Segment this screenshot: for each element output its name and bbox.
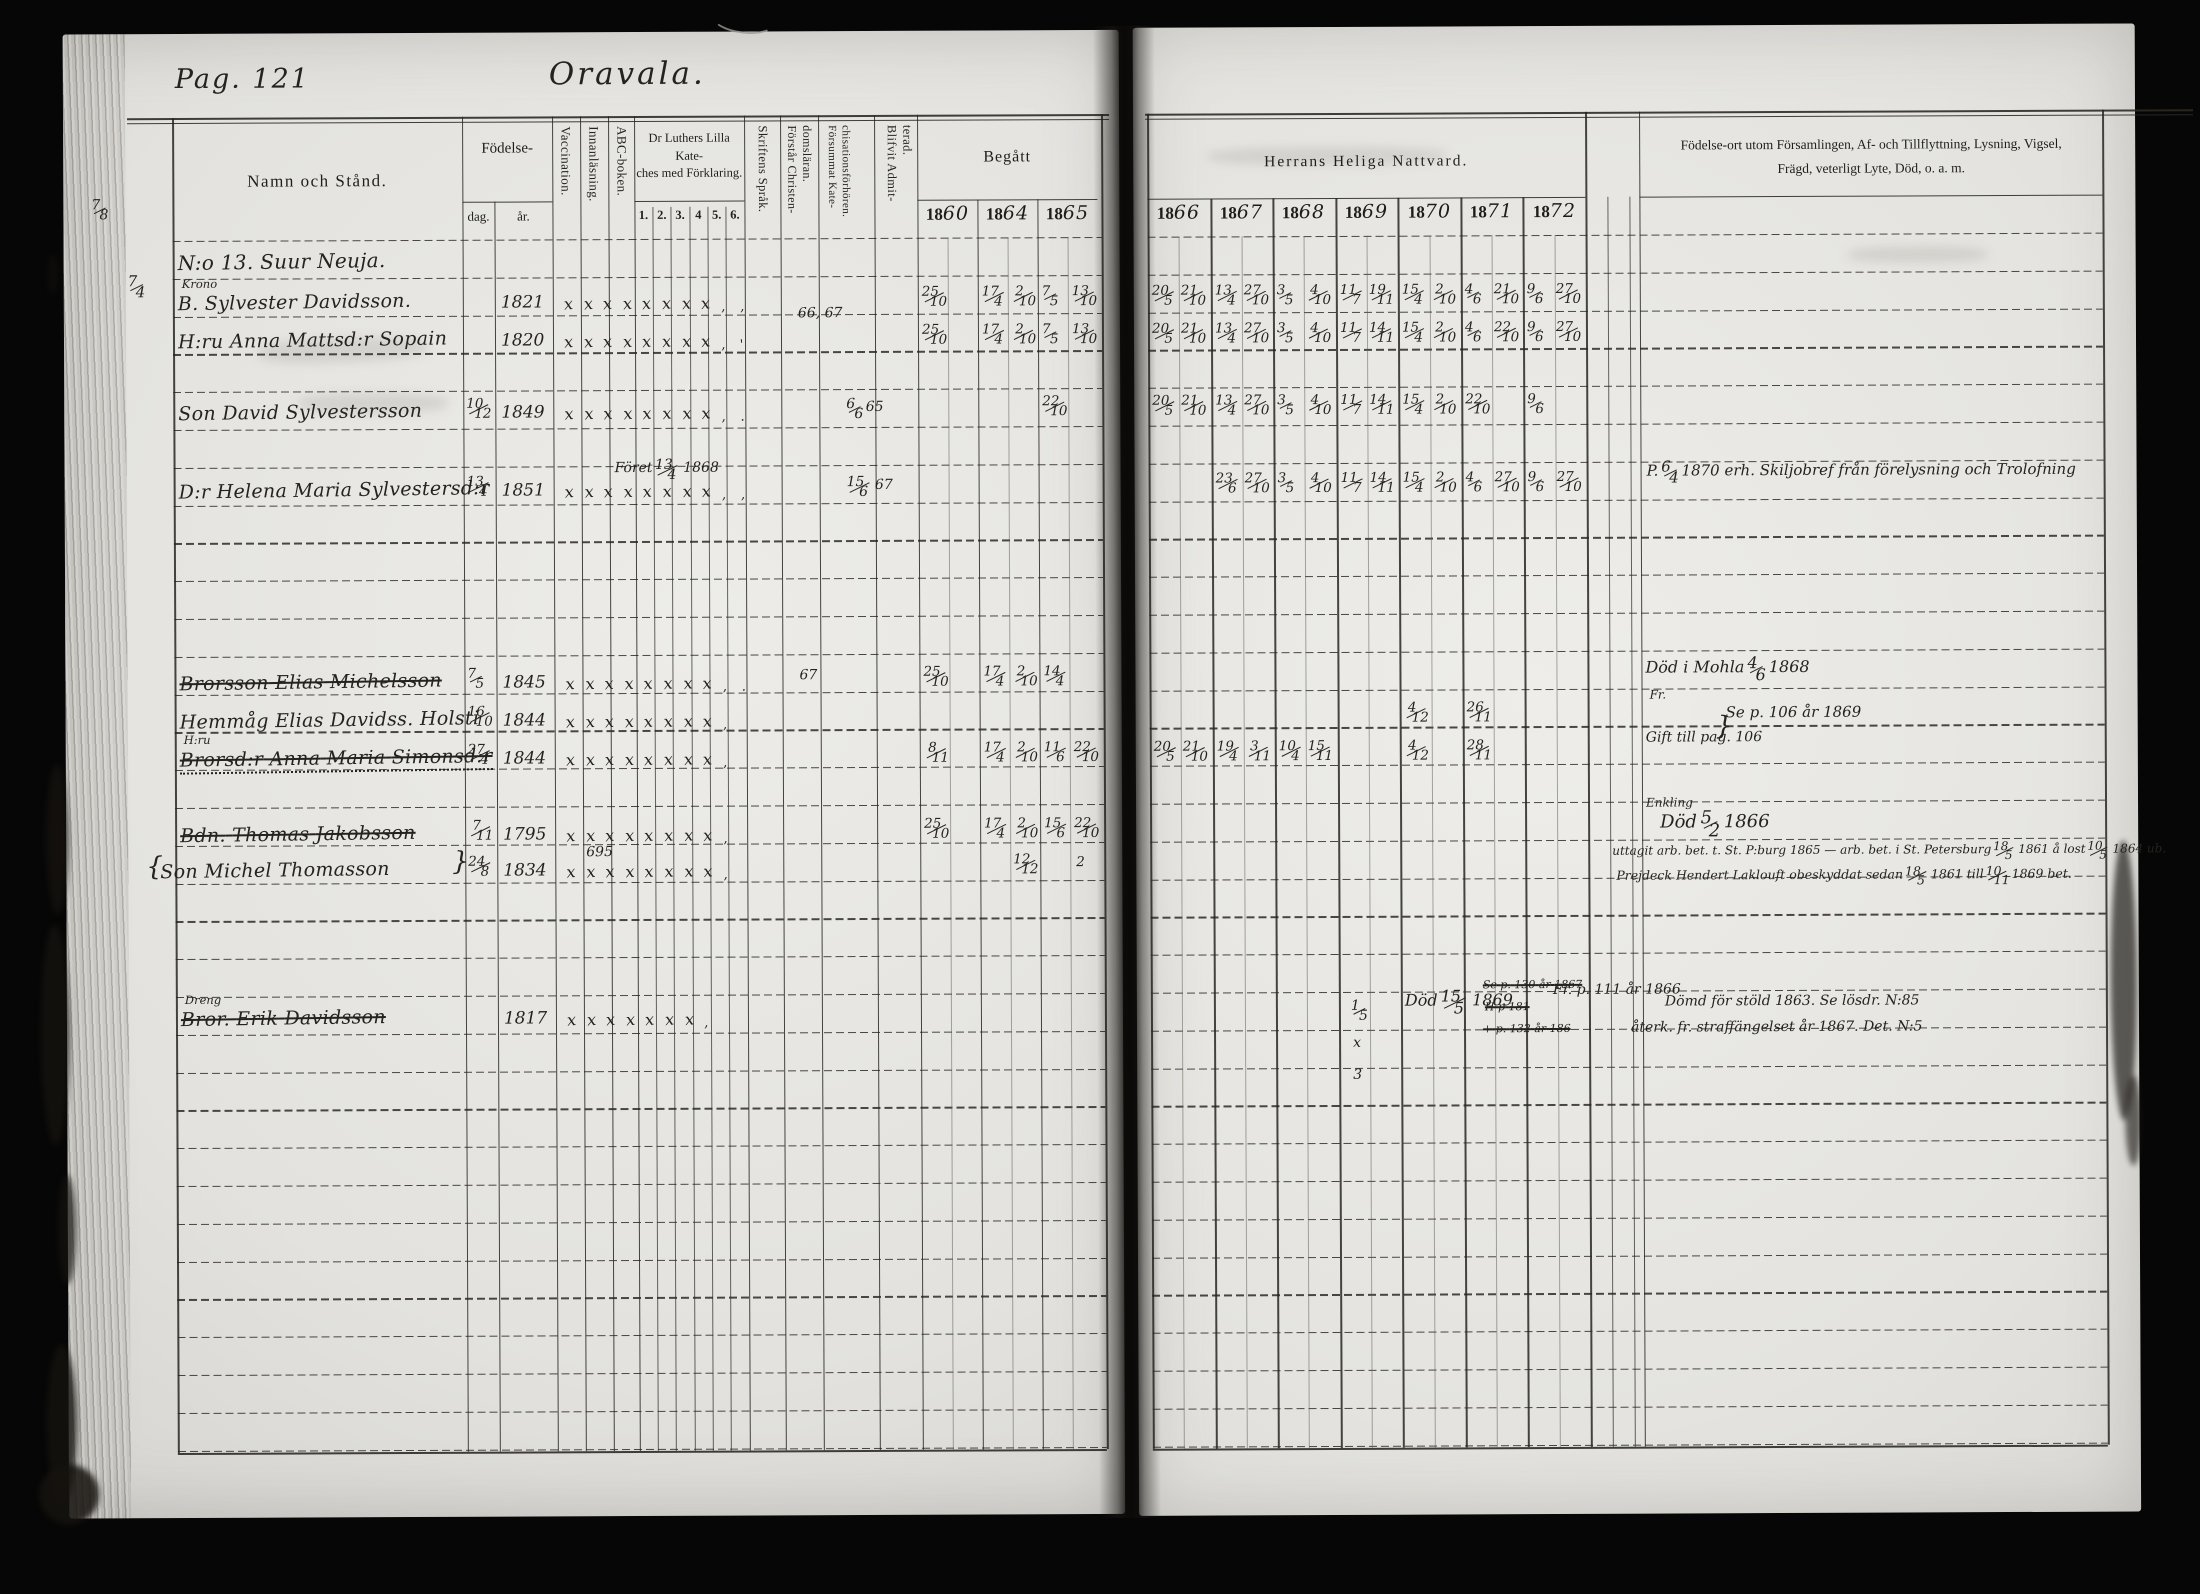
- year-script: 68: [1299, 201, 1325, 223]
- begatt-date: 2210: [1076, 818, 1097, 838]
- x-mark: x: [583, 332, 594, 352]
- page-stack-edge: [63, 34, 131, 1518]
- date-fraction: 248: [470, 857, 491, 877]
- communion-date: 96: [1529, 322, 1542, 342]
- date-fraction: 134: [657, 460, 679, 481]
- communion-date: 134: [1217, 285, 1238, 305]
- communion-date: 35: [1279, 323, 1292, 343]
- x-mark: x: [683, 825, 694, 845]
- year-printed: 18: [1408, 203, 1425, 222]
- x-mark: x: [661, 404, 672, 424]
- date-fraction: 74: [130, 276, 144, 298]
- date-fraction: 210: [1433, 322, 1454, 342]
- date-fraction: 46: [1467, 322, 1480, 342]
- communion-date: 205: [1154, 396, 1175, 416]
- year-script: 67: [1237, 201, 1263, 223]
- birth-year: 1834: [503, 860, 546, 880]
- date-fraction: 156: [849, 477, 871, 498]
- date-fraction: 2110: [1183, 286, 1204, 306]
- date-fraction: 1411: [1371, 323, 1392, 343]
- catechism-col-number: 5.: [712, 208, 721, 223]
- communion-date: 410: [1308, 285, 1329, 305]
- catechism-col-number: 6.: [730, 208, 739, 223]
- date-fraction: 210: [1433, 394, 1454, 414]
- x-mark: x: [682, 673, 693, 693]
- begatt-date: 174: [985, 666, 1006, 686]
- date-fraction: 174: [985, 666, 1006, 686]
- ink-stain: [2125, 1075, 2141, 1165]
- date-fraction: 46: [1468, 472, 1481, 492]
- header-name: Namn och Stånd.: [172, 171, 462, 192]
- remark-note: återk. fr. straffängelset år 1867. Det. …: [1631, 1018, 1923, 1035]
- date-fraction: 1310: [1074, 286, 1095, 306]
- birth-year: 1849: [501, 402, 544, 422]
- x-mark: x: [603, 404, 614, 424]
- year-script: 70: [1425, 200, 1451, 222]
- year-script: 66: [1174, 202, 1200, 224]
- remark-note: Fr.: [1650, 688, 1667, 702]
- date-fraction: 1411: [1372, 473, 1393, 493]
- begatt-date: 116: [1046, 742, 1067, 762]
- date-fraction: 1212: [1015, 854, 1036, 874]
- begatt-date: 2210: [1076, 742, 1097, 762]
- x-mark: x: [584, 712, 595, 732]
- x-mark: x: [603, 482, 614, 502]
- person-name: Brorsson Elias Michelsson: [179, 669, 442, 695]
- ink-stain: [41, 925, 70, 1145]
- communion-date: 154: [1405, 473, 1426, 493]
- person-name: Son Michel Thomasson: [160, 858, 390, 883]
- header-birth-day: dag.: [462, 209, 494, 225]
- communion-date: 412: [1406, 741, 1427, 761]
- communion-date: 2710: [1558, 284, 1579, 304]
- date-fraction: 205: [1154, 286, 1175, 306]
- date-fraction: 2611: [1469, 702, 1490, 722]
- communion-date: 1411: [1372, 473, 1393, 493]
- header-communion: Herrans Heliga Nattvard.: [1147, 152, 1585, 172]
- date-fraction: 2710: [1247, 473, 1268, 493]
- x-mark: x: [663, 674, 674, 694]
- person-name: H:ru Anna Mattsd:r Sopain: [178, 327, 447, 353]
- communion-date: 104: [1281, 741, 1302, 761]
- communion-date: 134: [1217, 323, 1238, 343]
- year-script: 71: [1487, 200, 1513, 222]
- date-fraction: 174: [986, 818, 1007, 838]
- table-entries: 1.2.3.45.6.18601864186518661867186818691…: [0, 0, 2197, 5]
- bleedthrough-smudge: [1848, 246, 1988, 263]
- x-mark: x: [563, 332, 574, 352]
- communion-date: 134: [1217, 395, 1238, 415]
- x-mark: x: [683, 749, 694, 769]
- communion-date: 410: [1308, 395, 1329, 415]
- begatt-date: 2510: [924, 287, 945, 307]
- x-mark: x: [701, 403, 712, 423]
- x-mark: x: [663, 712, 674, 732]
- date-fraction: 2110: [1183, 396, 1204, 416]
- x-mark: x: [701, 481, 712, 501]
- x-mark: x: [604, 750, 615, 770]
- date-fraction: 210: [1014, 666, 1035, 686]
- date-fraction: 1011: [1988, 866, 2008, 885]
- x-mark: x: [622, 294, 633, 314]
- begatt-date: 174: [986, 818, 1007, 838]
- header-remarks: Födelse-ort utom Församlingen, Af- och T…: [1645, 132, 2097, 181]
- communion-date: 2710: [1558, 322, 1579, 342]
- communion-date: 2710: [1246, 395, 1267, 415]
- communion-year: 1866: [1157, 202, 1200, 224]
- date-fraction: 711: [470, 821, 491, 841]
- annotation: }: [452, 847, 469, 877]
- communion-date: 2710: [1559, 472, 1580, 492]
- birth-day: 274: [470, 745, 491, 765]
- header-abc-book: ABC-boken.: [613, 126, 630, 238]
- date-fraction: 96: [1529, 284, 1542, 304]
- communion-date: 46: [1468, 472, 1481, 492]
- begatt-date: 1212: [1015, 854, 1036, 874]
- date-fraction: 2710: [1246, 323, 1267, 343]
- margin-note: 3: [1353, 1067, 1362, 1083]
- date-fraction: 117: [1342, 395, 1363, 415]
- date-fraction: 35: [1280, 473, 1293, 493]
- begatt-date: 210: [1015, 818, 1036, 838]
- date-fraction: 154: [1405, 473, 1426, 493]
- date-fraction: 78: [93, 200, 106, 221]
- margin-note: Föret 134 1868: [615, 460, 719, 481]
- begatt-year: 1860: [926, 203, 969, 225]
- x-mark: x: [566, 1010, 577, 1030]
- x-mark: x: [565, 862, 576, 882]
- remark-note: H p 181: [1485, 1000, 1530, 1013]
- birth-day: 248: [470, 857, 491, 877]
- date-fraction: 185: [1995, 842, 2014, 860]
- header-admitted: Blifvit Admit- terad.: [883, 125, 915, 237]
- person-name: Bror. Erik Davidsson: [181, 1006, 386, 1031]
- date-fraction: 1511: [1310, 741, 1331, 761]
- communion-date: 210: [1433, 394, 1454, 414]
- communion-date: 1511: [1310, 741, 1331, 761]
- birth-year: 1821: [501, 292, 544, 312]
- village-title: Oravala.: [549, 56, 706, 93]
- year-printed: 18: [1220, 203, 1237, 222]
- remark-note: Fr. p. 111 år 1866: [1553, 981, 1681, 998]
- x-mark: x: [565, 826, 576, 846]
- person-title-note: Krono: [182, 277, 217, 291]
- communion-date: 410: [1308, 323, 1329, 343]
- date-fraction: 410: [1308, 395, 1329, 415]
- date-fraction: 75: [469, 669, 482, 689]
- date-fraction: 174: [986, 742, 1007, 762]
- date-fraction: 15: [1353, 1001, 1366, 1022]
- begatt-date: 1310: [1074, 286, 1095, 306]
- x-mark: x: [602, 332, 613, 352]
- communion-date: 236: [1218, 473, 1239, 493]
- year-printed: 18: [926, 205, 943, 224]
- person-name: Brorsd:r Anna Maria Simonsd:r: [180, 745, 493, 775]
- communion-date: 1411: [1371, 323, 1392, 343]
- x-mark: x: [563, 294, 574, 314]
- ink-stain: [39, 1464, 99, 1524]
- date-fraction: 2210: [1496, 322, 1517, 342]
- begatt-date: 2510: [925, 667, 946, 687]
- book-spread: Pag. 121 Oravala. Namn och Stånd. Födels…: [0, 0, 2200, 1594]
- begatt-date: 210: [1013, 286, 1034, 306]
- date-fraction: 104: [1281, 741, 1302, 761]
- date-fraction: 210: [1015, 742, 1036, 762]
- begatt-date: 210: [1015, 742, 1036, 762]
- date-fraction: 1911: [1371, 285, 1392, 305]
- date-fraction: 96: [1529, 322, 1542, 342]
- communion-date: 2110: [1183, 324, 1204, 344]
- margin-note: 66, 67: [798, 305, 843, 321]
- x-mark: x: [605, 1010, 616, 1030]
- church-book-scan: Pag. 121 Oravala. Namn och Stånd. Födels…: [0, 0, 2200, 1594]
- date-fraction: 155: [1443, 990, 1467, 1014]
- person-name: D:r Helena Maria Sylvestersd:r: [179, 477, 490, 504]
- date-fraction: 156: [1046, 818, 1067, 838]
- x-mark: x: [583, 294, 594, 314]
- communion-year: 1867: [1220, 201, 1263, 223]
- x-mark: x: [681, 331, 692, 351]
- person-title-note: Dreng: [185, 993, 221, 1007]
- communion-date: 46: [1467, 322, 1480, 342]
- communion-date: 117: [1342, 395, 1363, 415]
- x-mark: x: [661, 332, 672, 352]
- x-mark: x: [622, 332, 633, 352]
- x-mark: x: [583, 482, 594, 502]
- date-fraction: 96: [1529, 394, 1542, 414]
- x-mark: x: [624, 826, 635, 846]
- header-begatt: Begått: [917, 148, 1097, 167]
- x-mark: x: [683, 861, 694, 881]
- date-fraction: 35: [1279, 285, 1292, 305]
- x-mark: x: [604, 674, 615, 694]
- x-mark: x: [623, 674, 634, 694]
- x-mark: x: [682, 711, 693, 731]
- date-fraction: 66: [848, 399, 861, 420]
- date-fraction: 2110: [1185, 742, 1206, 762]
- date-fraction: 174: [984, 324, 1005, 344]
- header-understands-doctrine: Förstår Christen- domsläran.: [784, 125, 818, 237]
- header-reading: Innanläsning.: [585, 126, 602, 238]
- date-fraction: 2710: [1497, 472, 1518, 492]
- communion-date: 2710: [1246, 323, 1267, 343]
- remark-note: Död 52 1866: [1660, 811, 1770, 838]
- year-script: 64: [1003, 202, 1029, 224]
- date-fraction: 194: [1219, 741, 1240, 761]
- date-fraction: 1411: [1371, 395, 1392, 415]
- date-fraction: 236: [1218, 473, 1239, 493]
- x-mark: x: [585, 826, 596, 846]
- date-fraction: 811: [926, 743, 947, 763]
- person-title-note: H:ru: [184, 733, 211, 747]
- date-fraction: 105: [2089, 842, 2108, 860]
- date-fraction: 210: [1434, 472, 1455, 492]
- x-mark: x: [663, 826, 674, 846]
- page-number: Pag. 121: [175, 63, 310, 95]
- x-mark: x: [622, 404, 633, 424]
- communion-date: 35: [1279, 285, 1292, 305]
- x-mark: x: [584, 674, 595, 694]
- date-fraction: 205: [1154, 396, 1175, 416]
- begatt-date: 2: [1076, 854, 1085, 870]
- date-fraction: 52: [1703, 811, 1719, 838]
- begatt-date: 174: [986, 742, 1007, 762]
- date-fraction: 2110: [1183, 324, 1204, 344]
- date-fraction: 410: [1309, 473, 1330, 493]
- x-mark: x: [564, 482, 575, 502]
- communion-date: 117: [1342, 285, 1363, 305]
- communion-year: 1869: [1345, 201, 1388, 223]
- x-mark: x: [703, 825, 714, 845]
- date-fraction: 2210: [1076, 818, 1097, 838]
- year-printed: 18: [1533, 202, 1550, 221]
- date-fraction: 210: [1013, 324, 1034, 344]
- x-mark: x: [624, 862, 635, 882]
- x-mark: x: [623, 482, 634, 502]
- x-mark: x: [702, 711, 713, 731]
- begatt-date: 144: [1045, 666, 1066, 686]
- x-mark: x: [681, 293, 692, 313]
- date-fraction: 311: [1248, 741, 1269, 761]
- communion-date: 117: [1342, 323, 1363, 343]
- date-fraction: 117: [1342, 323, 1363, 343]
- x-mark: x: [565, 674, 576, 694]
- communion-date: 2710: [1247, 473, 1268, 493]
- x-mark: x: [586, 1010, 597, 1030]
- communion-date: 210: [1433, 284, 1454, 304]
- communion-date: 2210: [1496, 322, 1517, 342]
- margin-note: 67: [799, 667, 817, 683]
- date-fraction: 2210: [1076, 742, 1097, 762]
- x-mark: x: [565, 750, 576, 770]
- begatt-year: 1864: [986, 202, 1029, 224]
- date-fraction: 117: [1342, 285, 1363, 305]
- remark-note: }: [1716, 711, 1733, 741]
- header-missed-catechism: Försummat Kate- chisationsförhören.: [824, 125, 872, 237]
- communion-date: 117: [1343, 473, 1364, 493]
- birth-year: 1844: [503, 710, 546, 730]
- x-mark: x: [585, 862, 596, 882]
- x-mark: x: [681, 403, 692, 423]
- communion-date: 210: [1433, 322, 1454, 342]
- communion-year: 1870: [1408, 200, 1451, 222]
- remark-note: Prejdeck Hendert Laklouft obeskyddat sed…: [1616, 866, 2072, 886]
- x-mark: x: [663, 862, 674, 882]
- margin-note: 156 67: [849, 477, 893, 498]
- date-fraction: 2710: [1558, 284, 1579, 304]
- x-mark: x: [563, 404, 574, 424]
- communion-date: 205: [1154, 324, 1175, 344]
- date-fraction: 274: [470, 745, 491, 765]
- annotation: 74: [130, 276, 144, 298]
- date-fraction: 2510: [924, 287, 945, 307]
- birth-year: 1820: [501, 330, 544, 350]
- year-printed: 18: [1282, 203, 1299, 222]
- date-fraction: 205: [1154, 324, 1175, 344]
- person-name: Bdn. Thomas Jakobsson: [180, 822, 416, 847]
- date-fraction: 144: [1045, 666, 1066, 686]
- date-fraction: 35: [1279, 323, 1292, 343]
- header-vaccination: Vaccination.: [557, 126, 574, 238]
- catechism-col-number: 2.: [657, 208, 666, 223]
- birth-day: 1610: [470, 707, 491, 727]
- x-mark: x: [681, 481, 692, 501]
- begatt-date: 1310: [1074, 324, 1095, 344]
- remark-note: uttagit arb. bet. t. St. P:burg 1865 — a…: [1612, 841, 2166, 861]
- date-fraction: 134: [1217, 285, 1238, 305]
- date-fraction: 2811: [1469, 740, 1490, 760]
- birth-year: 1817: [504, 1008, 547, 1028]
- begatt-date: 75: [1044, 286, 1057, 306]
- communion-year: 1871: [1470, 200, 1513, 222]
- date-fraction: 412: [1406, 703, 1427, 723]
- x-mark: x: [604, 712, 615, 732]
- communion-date: 2811: [1469, 740, 1490, 760]
- date-fraction: 2210: [1044, 396, 1065, 416]
- year-printed: 18: [1470, 202, 1487, 221]
- communion-date: 2710: [1246, 285, 1267, 305]
- remark-note: Gift till pag. 106: [1646, 729, 1762, 746]
- ink-stain: [48, 255, 58, 295]
- margin-note: x: [1353, 1035, 1361, 1051]
- x-mark: x: [702, 749, 713, 769]
- year-script: 65: [1063, 202, 1089, 224]
- catechism-col-number: 1.: [639, 208, 648, 223]
- x-mark: x: [624, 712, 635, 732]
- remark-note: + p. 132 år 186: [1483, 1022, 1571, 1035]
- communion-date: 205: [1156, 742, 1177, 762]
- header-birth-year: år.: [494, 208, 552, 224]
- remark-note: Enkling: [1646, 795, 1693, 809]
- begatt-date: 174: [984, 286, 1005, 306]
- year-printed: 18: [1157, 204, 1174, 223]
- date-fraction: 1012: [468, 399, 489, 419]
- birth-day: 1012: [468, 399, 489, 419]
- communion-year: 1868: [1282, 201, 1325, 223]
- birth-year: 1795: [503, 824, 546, 844]
- begatt-year: 1865: [1046, 202, 1089, 224]
- person-name: N:o 13. Suur Neuja.: [177, 248, 385, 275]
- remark-note: Död i Mohla 46 1868: [1645, 657, 1809, 681]
- date-fraction: 2210: [1467, 394, 1488, 414]
- communion-date: 154: [1404, 285, 1425, 305]
- communion-date: 412: [1406, 703, 1427, 723]
- year-script: 69: [1362, 201, 1388, 223]
- communion-date: 194: [1219, 741, 1240, 761]
- x-mark: x: [602, 294, 613, 314]
- margin-note: 66 65: [848, 399, 883, 420]
- margin-note: 15: [1353, 1001, 1366, 1022]
- catechism-col-number: 3.: [675, 208, 684, 223]
- communion-date: 35: [1279, 395, 1292, 415]
- date-fraction: 75: [1044, 324, 1057, 344]
- x-mark: x: [702, 673, 713, 693]
- communion-date: 1911: [1371, 285, 1392, 305]
- communion-date: 2110: [1183, 286, 1204, 306]
- begatt-date: 75: [1044, 324, 1057, 344]
- birth-day: 134: [469, 477, 490, 497]
- x-mark: x: [565, 712, 576, 732]
- date-fraction: 134: [469, 477, 490, 497]
- year-script: 72: [1550, 200, 1576, 222]
- remark-note: Dömd för stöld 1863. Se lösdr. N:85: [1665, 992, 1920, 1009]
- date-fraction: 2710: [1558, 322, 1579, 342]
- year-printed: 18: [986, 204, 1003, 223]
- communion-date: 2110: [1496, 284, 1517, 304]
- header-birth: Födelse-: [462, 140, 552, 157]
- begatt-date: 156: [1046, 818, 1067, 838]
- communion-date: 1411: [1371, 395, 1392, 415]
